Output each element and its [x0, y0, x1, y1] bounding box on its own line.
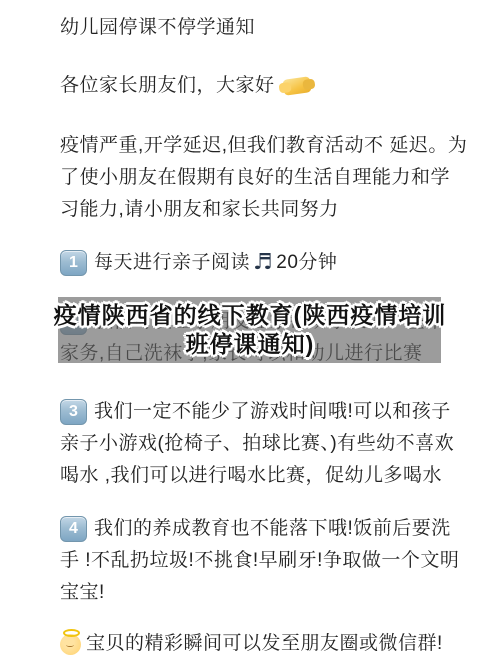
item-1-text-post: 20分钟 [276, 247, 337, 279]
intro-line-3: 习能力,请小朋友和家长共同努力 [60, 194, 472, 226]
item-4-text-3: 宝宝! [60, 577, 472, 609]
keycap-1-icon: 1 [60, 250, 87, 276]
notice-article: 幼儿园停课不停学通知 各位家长朋友们，大家好 疫情严重,开学延迟,但我们教育活动… [0, 0, 500, 666]
handshake-icon [282, 76, 312, 96]
item-4-text-2: 手 !不乱扔垃圾!不挑食!早刷牙!争取做一个文明 [60, 545, 472, 577]
item-1-text-pre: 每天进行亲子阅读 [94, 247, 250, 279]
intro-line-2: 了使小朋友在假期有良好的生活自理能力和学 [60, 162, 472, 194]
list-item-4: 4 我们的养成教育也不能落下哦!饭前后要洗 手 !不乱扔垃圾!不挑食!早刷牙!争… [60, 513, 472, 609]
item-3-text-1: 我们一定不能少了游戏时间哦!可以和孩子 [94, 396, 451, 428]
intro-paragraph: 疫情严重,开学延迟,但我们教育活动不 延迟。为 了使小朋友在假期有良好的生活自理… [60, 130, 472, 226]
baby-angel-icon [60, 634, 81, 655]
headline-line-2: 班停课通知) [0, 330, 500, 359]
list-item-1: 1 每天进行亲子阅读 ♬ 20分钟 [60, 247, 472, 279]
headline-overlay: 疫情陕西省的线下教育(陕西疫情培训 班停课通知) [0, 301, 500, 359]
item-3-line-1: 3 我们一定不能少了游戏时间哦!可以和孩子 [60, 396, 472, 428]
greeting-text: 各位家长朋友们，大家好 [60, 70, 275, 102]
item-3-text-2: 亲子小游戏(抢椅子、拍球比赛、)有些幼不喜欢 [60, 428, 472, 460]
notice-title: 幼儿园停课不停学通知 [60, 12, 472, 44]
footer-line: 宝贝的精彩瞬间可以发至朋友圈或微信群! [60, 628, 472, 660]
headline-line-1: 疫情陕西省的线下教育(陕西疫情培训 [0, 301, 500, 330]
item-4-text-1: 我们的养成教育也不能落下哦!饭前后要洗 [94, 513, 451, 545]
greeting-line: 各位家长朋友们，大家好 [60, 70, 472, 102]
music-note-icon: ♬ [253, 252, 273, 274]
item-4-line-1: 4 我们的养成教育也不能落下哦!饭前后要洗 [60, 513, 472, 545]
keycap-3-icon: 3 [60, 399, 87, 425]
keycap-4-icon: 4 [60, 516, 87, 542]
item-3-text-3: 喝水 ,我们可以进行喝水比赛，促幼儿多喝水 [60, 460, 472, 492]
list-item-3: 3 我们一定不能少了游戏时间哦!可以和孩子 亲子小游戏(抢椅子、拍球比赛、)有些… [60, 396, 472, 492]
footer-text: 宝贝的精彩瞬间可以发至朋友圈或微信群! [86, 628, 443, 660]
intro-line-1: 疫情严重,开学延迟,但我们教育活动不 延迟。为 [60, 130, 472, 162]
